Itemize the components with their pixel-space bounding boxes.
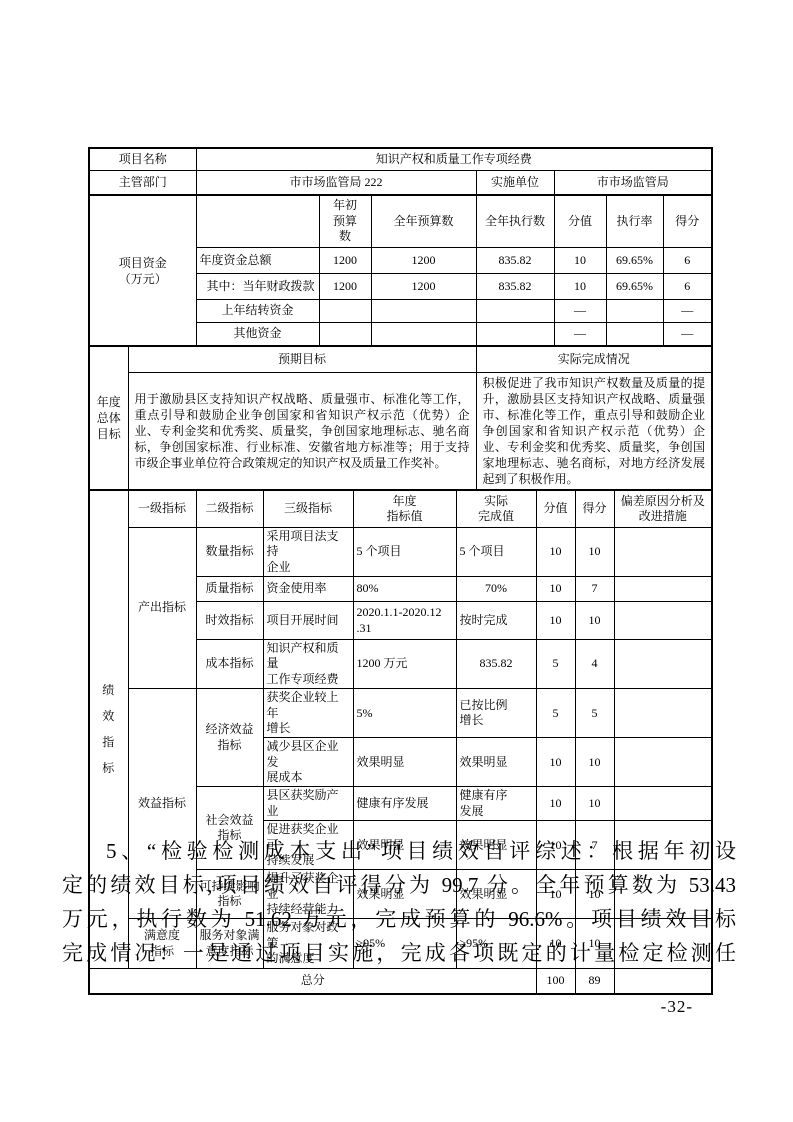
perf-target: 80% [353, 577, 456, 602]
paragraph-line: 完成情况：一是通过项目实施，完成各项既定的计量检定检测任 [62, 936, 736, 970]
funds-header-score: 得分 [663, 195, 712, 248]
summary-paragraph: 5、“检验检测成本支出”项目绩效自评综述：根据年初设 定的绩效目标,项目绩效自评… [62, 834, 736, 970]
perf-target: 1200 万元 [353, 640, 456, 689]
perf-actual: 835.82 [456, 640, 536, 689]
funds-row-label: 年度资金总额 [196, 248, 319, 274]
perf-actual: 效果明显 [456, 738, 536, 787]
funds-executed: 835.82 [476, 274, 554, 300]
perf-deviation [614, 602, 712, 640]
funds-initial: 1200 [319, 248, 371, 274]
funds-initial [319, 300, 371, 323]
paragraph-line: 万元，执行数为 51.62 万元，完成预算的 96.6%。项目绩效目标 [62, 902, 736, 936]
perf-score: 10 [575, 738, 614, 787]
funds-header-executed: 全年执行数 [476, 195, 554, 248]
funds-executed: 835.82 [476, 248, 554, 274]
perf-level3: 项目开展时间 [263, 602, 353, 640]
impl-value-cell: 市市场监管局 [554, 171, 712, 196]
perf-total-label-cell: 总分 [89, 968, 536, 994]
perf-level2: 时效指标 [196, 602, 263, 640]
funds-annual [371, 300, 476, 323]
funds-rate: 69.65% [606, 274, 663, 300]
project-name-label-cell: 项目名称 [89, 148, 196, 171]
performance-header-row: 绩 效 指 标 一级指标 二级指标 三级指标 年度 指标值 实际 完成值 分值 … [89, 491, 712, 528]
goals-expected-header-cell: 预期目标 [128, 347, 476, 373]
funds-rate: 69.65% [606, 248, 663, 274]
funds-header-initial: 年初 预算 数 [319, 195, 371, 248]
project-name-value-cell: 知识产权和质量工作专项经费 [196, 148, 712, 171]
perf-weight: 10 [536, 738, 575, 787]
funds-header-weight: 分值 [554, 195, 606, 248]
perf-header-level3: 三级指标 [263, 491, 353, 528]
page-number: -32- [661, 997, 693, 1017]
perf-score: 4 [575, 640, 614, 689]
perf-level3: 知识产权和质量 工作专项经费 [263, 640, 353, 689]
goals-header-row: 年度 总体 目标 预期目标 实际完成情况 [89, 347, 712, 373]
perf-level3: 资金使用率 [263, 577, 353, 602]
perf-actual: 70% [456, 577, 536, 602]
funds-row-label: 其中：当年财政拨款 [196, 274, 319, 300]
perf-target: 5% [353, 689, 456, 738]
perf-header-actual: 实际 完成值 [456, 491, 536, 528]
funds-blank-cell [196, 195, 319, 248]
perf-header-target: 年度 指标值 [353, 491, 456, 528]
perf-weight: 10 [536, 528, 575, 577]
perf-header-level2: 二级指标 [196, 491, 263, 528]
perf-level2: 数量指标 [196, 528, 263, 577]
funds-header-annual: 全年预算数 [371, 195, 476, 248]
perf-deviation [614, 528, 712, 577]
impl-label-cell: 实施单位 [476, 171, 554, 196]
perf-target: 2020.1.1-2020.12 .31 [353, 602, 456, 640]
funds-weight: — [554, 323, 606, 346]
funds-header-rate: 执行率 [606, 195, 663, 248]
perf-header-deviation: 偏差原因分析及 改进措施 [614, 491, 712, 528]
perf-deviation [614, 787, 712, 821]
perf-weight: 5 [536, 640, 575, 689]
dept-label-cell: 主管部门 [89, 171, 196, 196]
funds-weight: 10 [554, 248, 606, 274]
project-info-table: 项目名称 知识产权和质量工作专项经费 主管部门 市市场监管局 222 实施单位 … [88, 147, 713, 346]
funds-annual: 1200 [371, 274, 476, 300]
perf-row: 效益指标 经济效益 指标 获奖企业较上年 增长 5% 已按比例 增长 5 5 [89, 689, 712, 738]
document-page: 项目名称 知识产权和质量工作专项经费 主管部门 市市场监管局 222 实施单位 … [0, 0, 793, 1122]
funds-initial [319, 323, 371, 346]
perf-row: 产出指标 数量指标 采用项目法支持 企业 5 个项目 5 个项目 10 10 [89, 528, 712, 577]
perf-level2: 成本指标 [196, 640, 263, 689]
funds-initial: 1200 [319, 274, 371, 300]
funds-section-label-cell: 项目资金 （万元） [89, 195, 196, 346]
funds-rate [606, 300, 663, 323]
perf-total-score-cell: 89 [575, 968, 614, 994]
perf-level1-output: 产出指标 [128, 528, 196, 689]
perf-level3: 采用项目法支持 企业 [263, 528, 353, 577]
funds-executed [476, 300, 554, 323]
perf-weight: 10 [536, 787, 575, 821]
perf-score: 10 [575, 528, 614, 577]
perf-total-deviation-cell [614, 968, 712, 994]
project-name-row: 项目名称 知识产权和质量工作专项经费 [89, 148, 712, 171]
goals-section-label-cell: 年度 总体 目标 [89, 347, 128, 490]
funds-rate [606, 323, 663, 346]
perf-score: 10 [575, 787, 614, 821]
paragraph-line: 5、“检验检测成本支出”项目绩效自评综述：根据年初设 [62, 834, 736, 868]
perf-level2: 质量指标 [196, 577, 263, 602]
perf-header-weight: 分值 [536, 491, 575, 528]
funds-score: 6 [663, 248, 712, 274]
dept-value-cell: 市市场监管局 222 [196, 171, 476, 196]
funds-score: — [663, 323, 712, 346]
perf-deviation [614, 738, 712, 787]
perf-weight: 10 [536, 577, 575, 602]
goals-actual-header-cell: 实际完成情况 [476, 347, 712, 373]
perf-level3: 获奖企业较上年 增长 [263, 689, 353, 738]
perf-score: 5 [575, 689, 614, 738]
perf-target: 健康有序发展 [353, 787, 456, 821]
perf-weight: 5 [536, 689, 575, 738]
perf-score: 7 [575, 577, 614, 602]
perf-target: 效果明显 [353, 738, 456, 787]
perf-deviation [614, 640, 712, 689]
perf-actual: 5 个项目 [456, 528, 536, 577]
funds-annual: 1200 [371, 248, 476, 274]
perf-score: 10 [575, 602, 614, 640]
perf-total-weight-cell: 100 [536, 968, 575, 994]
funds-header-row: 项目资金 （万元） 年初 预算 数 全年预算数 全年执行数 分值 执行率 得分 [89, 195, 712, 248]
funds-row-label: 上年结转资金 [196, 300, 319, 323]
annual-goals-table: 年度 总体 目标 预期目标 实际完成情况 用于激励县区支持知识产权战略、质量强市… [88, 346, 713, 490]
funds-row-label: 其他资金 [196, 323, 319, 346]
funds-score: — [663, 300, 712, 323]
perf-level3: 县区获奖励产业 [263, 787, 353, 821]
perf-header-level1: 一级指标 [128, 491, 196, 528]
goals-content-row: 用于激励县区支持知识产权战略、质量强市、标准化等工作，重点引导和鼓励企业争创国家… [89, 373, 712, 490]
department-row: 主管部门 市市场监管局 222 实施单位 市市场监管局 [89, 171, 712, 196]
funds-executed [476, 323, 554, 346]
perf-target: 5 个项目 [353, 528, 456, 577]
paragraph-line: 定的绩效目标,项目绩效自评得分为 99.7 分。全年预算数为 53.43 [62, 868, 736, 902]
perf-total-row: 总分 100 89 [89, 968, 712, 994]
perf-header-score: 得分 [575, 491, 614, 528]
funds-score: 6 [663, 274, 712, 300]
perf-actual: 已按比例 增长 [456, 689, 536, 738]
goals-actual-text-cell: 积极促进了我市知识产权数量及质量的提升，激励县区支持知识产权战略、质量强市、标准… [476, 373, 712, 490]
goals-expected-text-cell: 用于激励县区支持知识产权战略、质量强市、标准化等工作，重点引导和鼓励企业争创国家… [128, 373, 476, 490]
funds-weight: — [554, 300, 606, 323]
perf-deviation [614, 689, 712, 738]
funds-weight: 10 [554, 274, 606, 300]
perf-level2: 经济效益 指标 [196, 689, 263, 787]
perf-actual: 按时完成 [456, 602, 536, 640]
perf-deviation [614, 577, 712, 602]
funds-annual [371, 323, 476, 346]
perf-level3: 减少县区企业发 展成本 [263, 738, 353, 787]
perf-actual: 健康有序 发展 [456, 787, 536, 821]
perf-weight: 10 [536, 602, 575, 640]
